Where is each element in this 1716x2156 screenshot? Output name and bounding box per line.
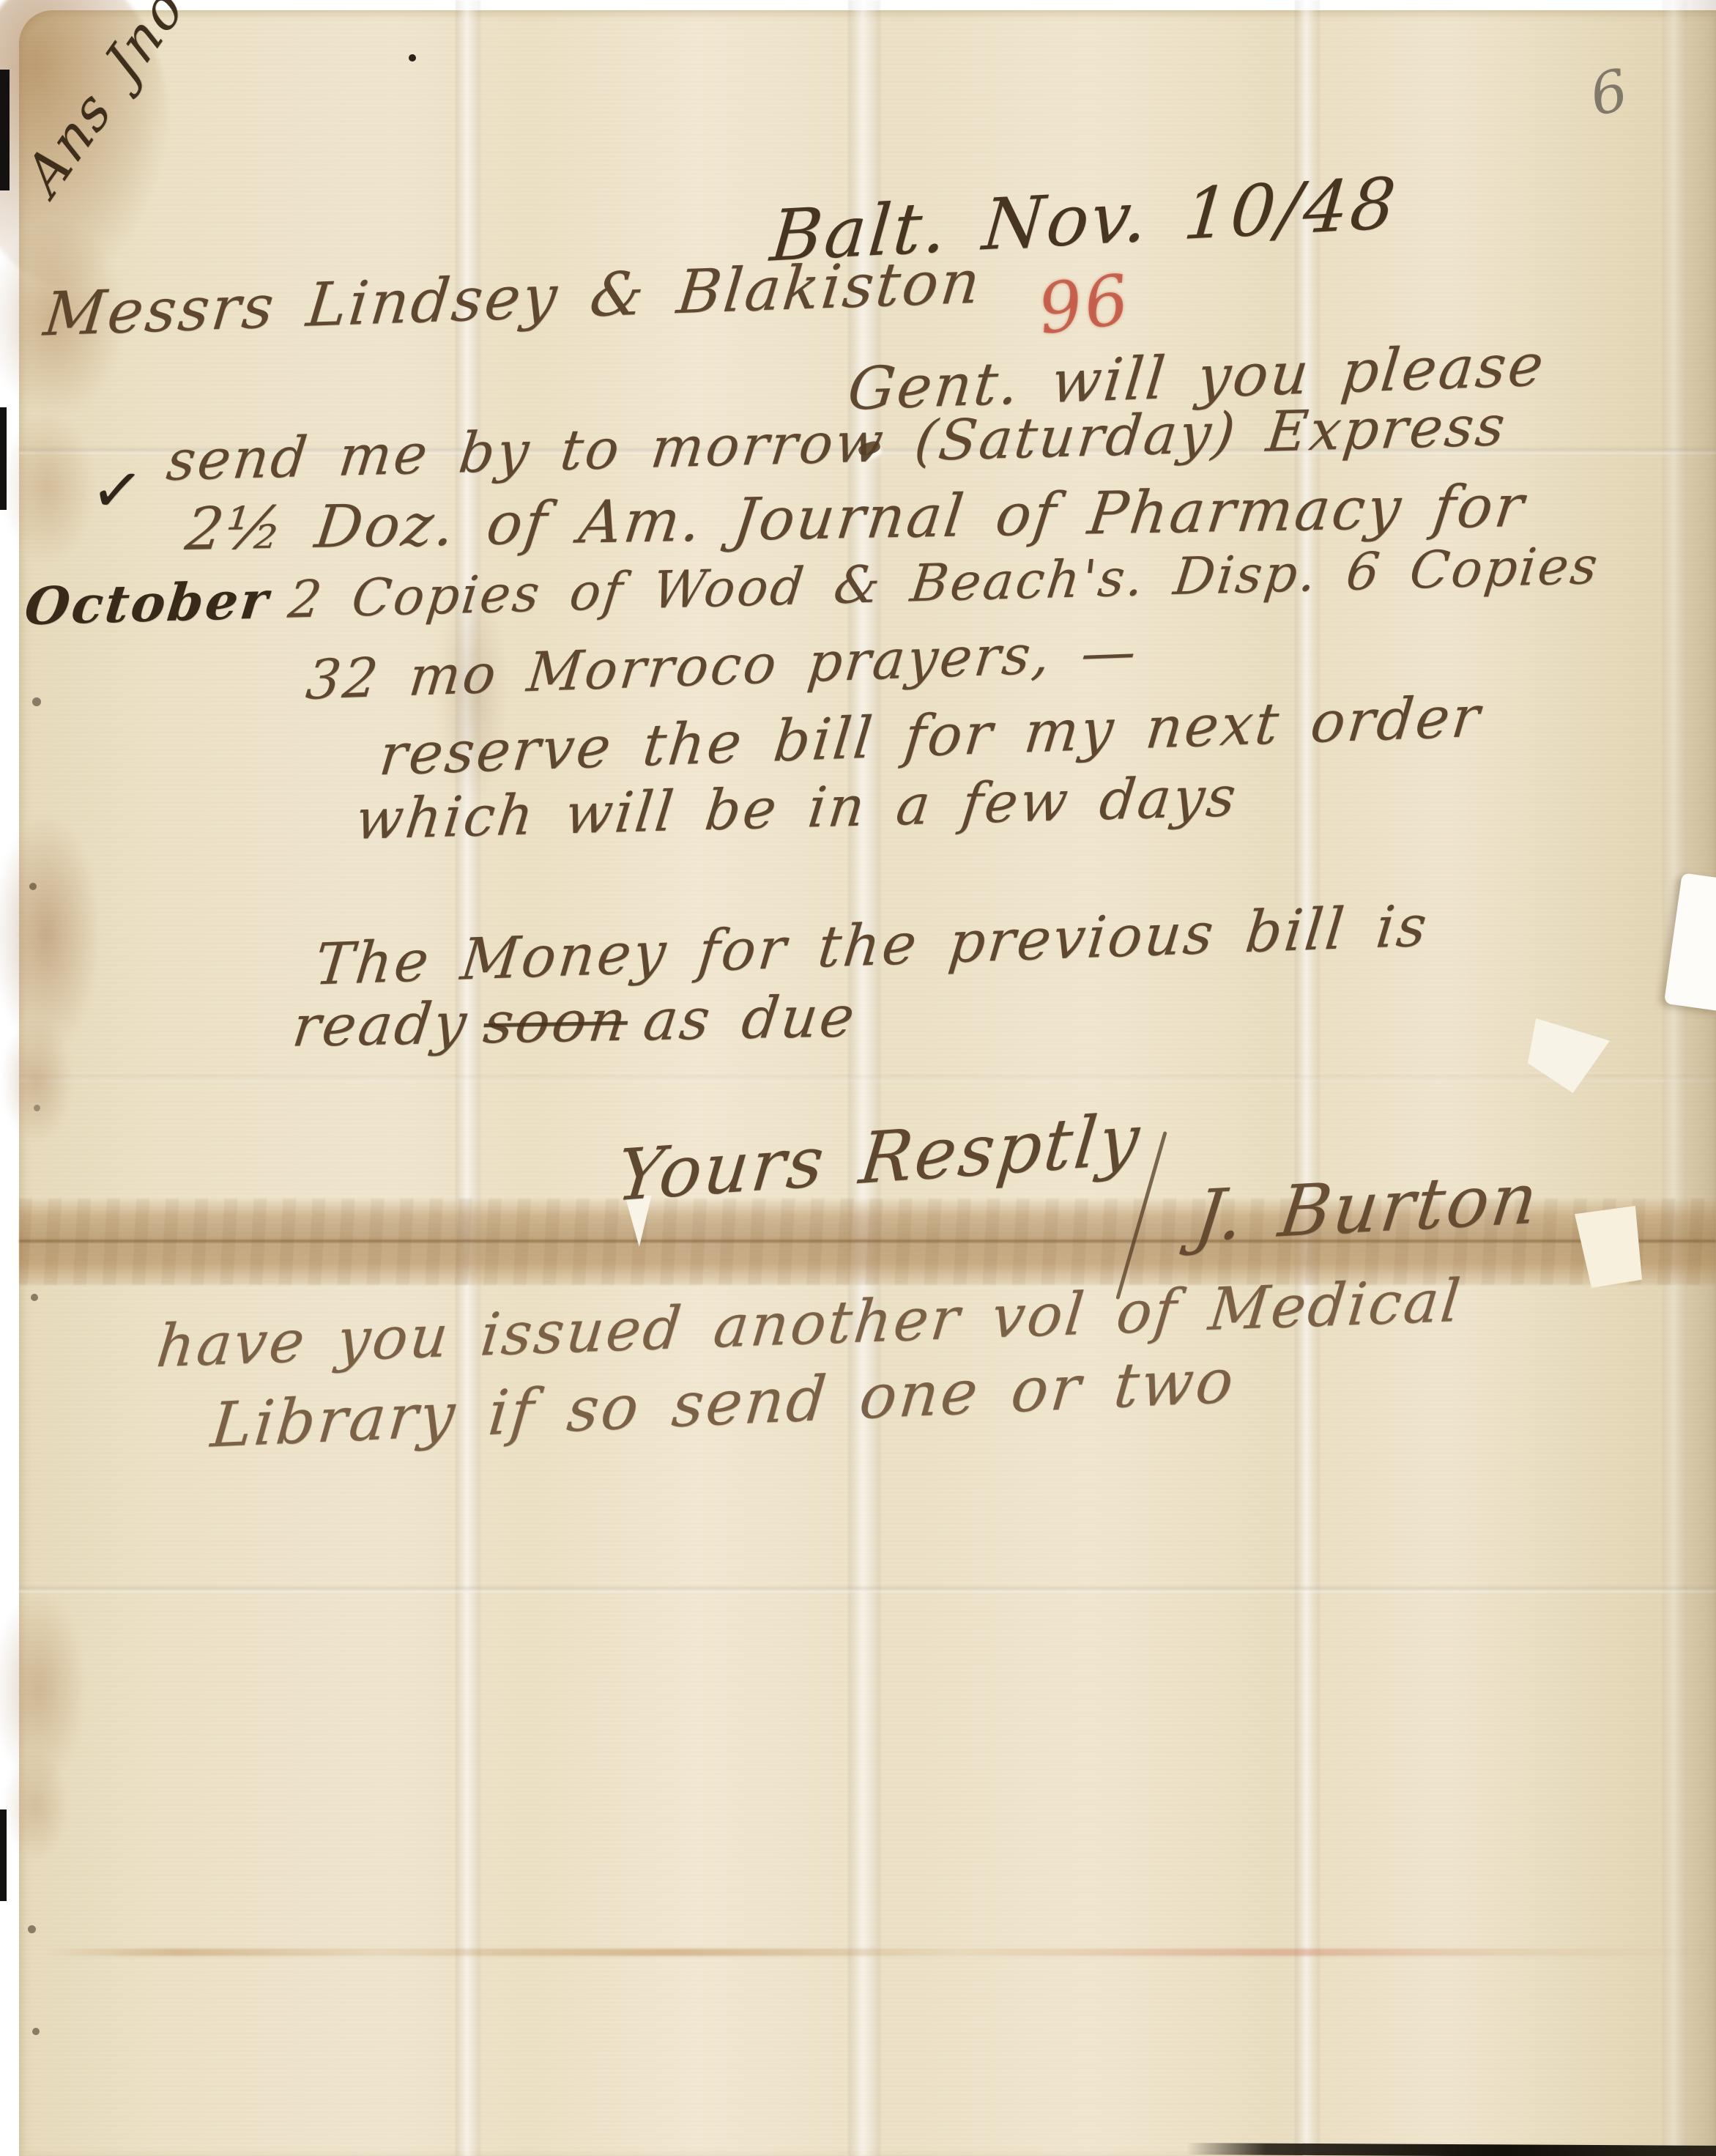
binding-hole [34,1105,40,1111]
binding-hole [29,883,37,890]
checkmark-mark: ✓ [87,451,149,530]
ink-speck [409,54,416,62]
horizontal-fold-crease [19,1075,1716,1081]
binding-hole [32,697,41,706]
binding-hole [31,1294,38,1301]
as-due-words: as due [640,984,861,1053]
right-edge-shading [1665,0,1716,2156]
struck-word: soon [480,988,631,1057]
scanner-edge-mark [0,70,10,190]
scanner-edge-mark [0,1809,7,1901]
stain-bottom-left [3,1751,69,1861]
october-word: October [22,569,273,637]
ledger-number-red: 96 [1034,260,1135,350]
binding-hole [28,1925,36,1933]
ready-word: ready [289,990,472,1059]
stain-mid-left [0,1018,73,1143]
stain-left [0,410,95,564]
letter-scan: Ans Jno 6 96 Balt. Nov. 10/48 Messrs Lin… [0,0,1716,2156]
binding-hole [32,2028,40,2035]
page-bottom-shadow [1186,2143,1716,2156]
faint-stain-streak [44,1949,1706,1956]
body-line-ready: readysoonas due [289,984,861,1060]
horizontal-fold-crease [19,1587,1716,1593]
scanner-edge-mark [0,407,7,510]
